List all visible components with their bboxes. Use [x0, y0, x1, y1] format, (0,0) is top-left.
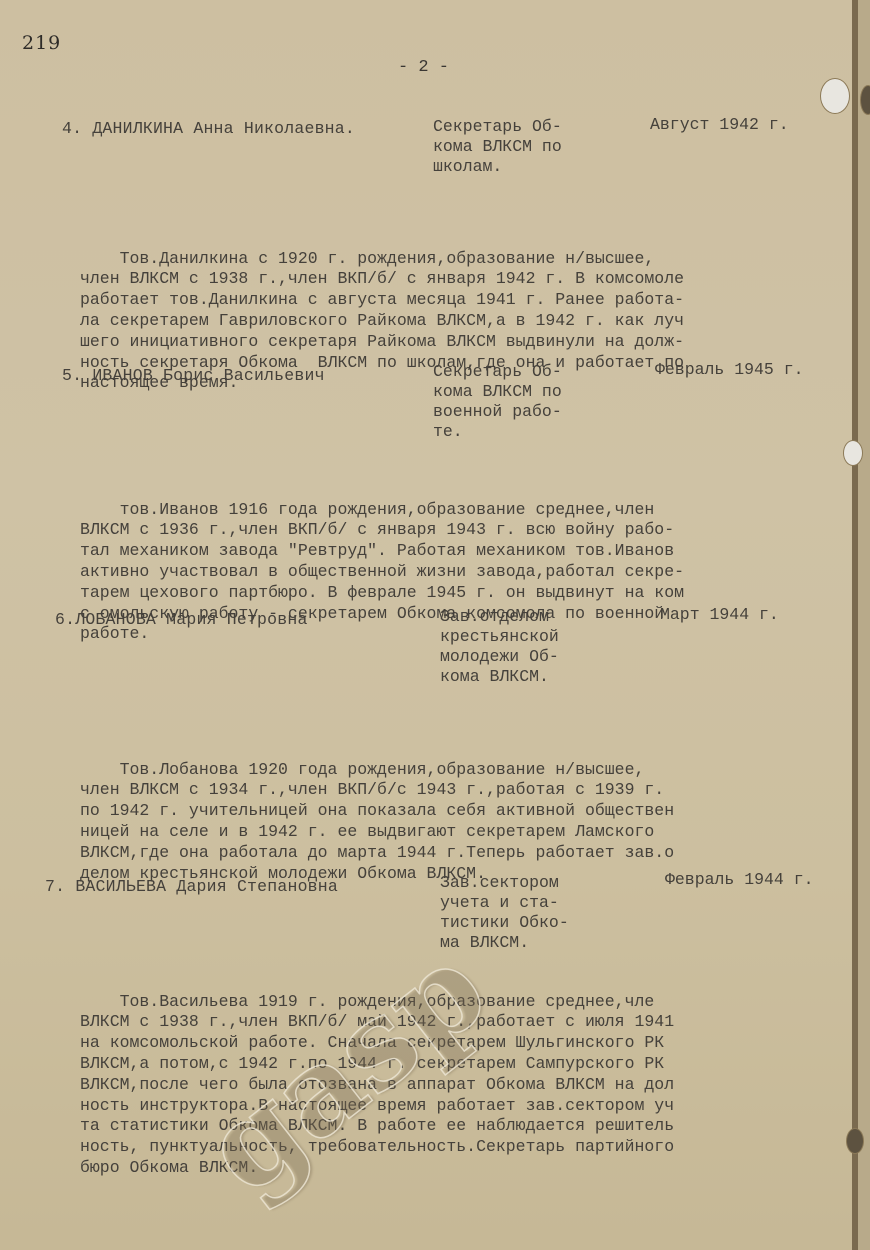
next-page-edge — [858, 0, 870, 1250]
entry-4-number-name: 4. ДАНИЛКИНА Анна Николаевна. — [62, 119, 355, 140]
entry-5-date: Февраль 1945 г. — [655, 360, 804, 381]
punch-hole-icon — [843, 440, 863, 466]
punch-hole-icon — [860, 85, 870, 115]
entry-5-number-name: 5. ИВАНОВ Борис Васильевич — [62, 366, 325, 387]
page-number: - 2 - — [398, 58, 449, 77]
punch-hole-icon — [846, 1128, 864, 1154]
entry-5-description: тов.Иванов 1916 года рождения,образовани… — [80, 458, 684, 687]
archive-number: 219 — [22, 32, 61, 54]
entry-4-position: Секретарь Об-кома ВЛКСМ пошколам. — [433, 117, 562, 177]
entry-7-position: Зав.секторомучета и ста-тистики Обко-ма … — [440, 873, 569, 953]
entry-4-description: Тов.Данилкина с 1920 г. рождения,образов… — [80, 207, 684, 436]
document-page: 219 - 2 - 4. ДАНИЛКИНА Анна Николаевна. … — [0, 0, 852, 1250]
entry-4-date: Август 1942 г. — [650, 115, 789, 136]
entry-7-date: Февраль 1944 г. — [665, 870, 814, 891]
entry-6-position: Зав.отделомкрестьянскоймолодежи Об-кома … — [440, 607, 559, 687]
entry-5-position: Секретарь Об-кома ВЛКСМ повоенной рабо-т… — [433, 362, 562, 442]
entry-6-date: Март 1944 г. — [660, 605, 779, 626]
entry-6-number-name: 6.ЛОБАНОВА Мария Петровна — [55, 610, 308, 631]
entry-7-number-name: 7. ВАСИЛЬЕВА Дария Степановна — [45, 877, 338, 898]
punch-hole-icon — [820, 78, 850, 114]
